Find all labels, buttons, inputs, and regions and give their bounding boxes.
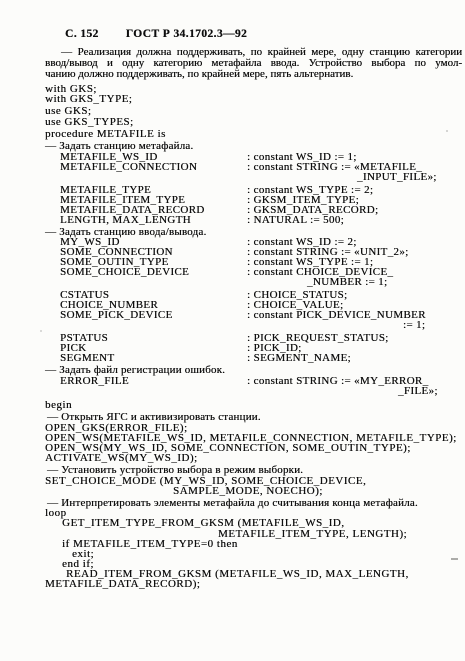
decl-type: : NATURAL := 500; [247, 215, 344, 225]
code-line: METAFILE_DATA_RECORD); [45, 579, 461, 589]
decl-name: LENGTH, MAX_LENGTH [60, 215, 247, 225]
code-line: ACTIVATE_WS(MY_WS_ID); [45, 453, 461, 463]
code-line: if METAFILE_ITEM_TYPE=0 then [62, 539, 461, 549]
scan-artifact [451, 558, 458, 560]
decl-name: SEGMENT [60, 353, 247, 363]
code-line: begin [45, 400, 461, 410]
page-header: С. 152ГОСТ Р 34.1702.3—92 [65, 28, 461, 40]
declaration-row: SEGMENT: SEGMENT_NAME; [45, 353, 461, 363]
standard-number: ГОСТ Р 34.1702.3—92 [126, 28, 247, 40]
scan-artifact [40, 330, 42, 332]
decl-type: : constant PICK_DEVICE_NUMBER [247, 310, 426, 320]
decl-continuation: _NUMBER := 1; [307, 277, 461, 287]
scan-artifact [446, 130, 448, 132]
document-page: С. 152ГОСТ Р 34.1702.3—92 — Реализация д… [0, 0, 465, 661]
decl-continuation: _FILE»; [398, 386, 461, 396]
declaration-row: SOME_CHOICE_DEVICE: constant CHOICE_DEVI… [45, 267, 461, 277]
code-line: procedure METAFILE is [45, 129, 461, 139]
program-body: begin — Открыть ЯГС и активизировать ста… [45, 400, 461, 589]
code-line: SAMPLE_MODE, NOECHO); [173, 486, 461, 496]
comment-line: — Открыть ЯГС и активизировать станции. [47, 412, 461, 423]
code-prologue: with GKS; with GKS_TYPE; use GKS; use GK… [45, 84, 461, 139]
declaration-row: LENGTH, MAX_LENGTH: NATURAL := 500; [45, 215, 461, 225]
declaration-row: SOME_PICK_DEVICE: constant PICK_DEVICE_N… [45, 310, 461, 320]
decl-continuation: _INPUT_FILE»; [357, 172, 461, 182]
code-line: METAFILE_ITEM_TYPE, LENGTH); [218, 529, 461, 539]
code-line: use GKS_TYPES; [45, 117, 461, 127]
declaration-block-workstation: MY_WS_ID: constant WS_ID := 2; SOME_CONN… [45, 237, 461, 363]
declaration-block-errorfile: ERROR_FILE: constant STRING := «MY_ERROR… [45, 376, 461, 396]
decl-name: METAFILE_CONNECTION [60, 162, 247, 172]
decl-name: ERROR_FILE [60, 376, 247, 386]
decl-name: SOME_PICK_DEVICE [60, 310, 247, 320]
page-number: С. 152 [65, 28, 99, 40]
code-line: GET_ITEM_TYPE_FROM_GKSM (METAFILE_WS_ID, [62, 518, 461, 528]
code-line: with GKS_TYPE; [45, 94, 461, 104]
code-line: exit; [72, 549, 461, 559]
comment-line: — Установить устройство выбора в режим в… [47, 465, 461, 476]
intro-line: чанию должно поддерживать, по крайней ме… [45, 69, 462, 80]
decl-name: SOME_CHOICE_DEVICE [60, 267, 247, 277]
declaration-block-metafile: METAFILE_WS_ID: constant WS_ID := 1; MET… [45, 152, 461, 225]
comment-line: — Интерпретировать элементы метафайла до… [47, 498, 461, 509]
code-line: use GKS; [45, 106, 461, 116]
decl-continuation: := 1; [403, 320, 461, 330]
decl-type: : SEGMENT_NAME; [247, 353, 351, 363]
decl-name: PSTATUS [60, 333, 247, 343]
intro-paragraph: — Реализация должна поддерживать, по кра… [45, 47, 462, 81]
